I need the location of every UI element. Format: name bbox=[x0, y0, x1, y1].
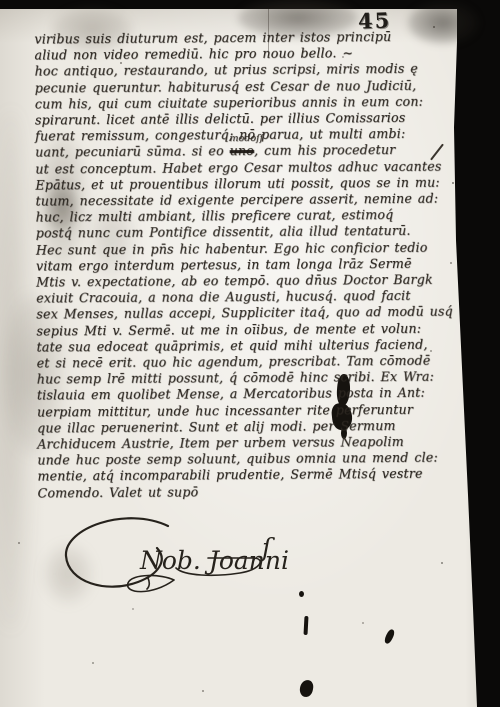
text-after-correction: , cum his procedetur bbox=[254, 142, 396, 158]
text-before-correction: uant, pecuniarū sūma. si eo bbox=[35, 144, 230, 160]
text-line: Comendo. Valet ut supō bbox=[38, 482, 464, 501]
correction-wrap: unomodoſſ bbox=[230, 143, 255, 158]
interlinear-correction: modoſſ bbox=[230, 134, 264, 143]
dust-specks bbox=[0, 0, 2, 2]
text-line: uerpiam mittitur, unde huc incessanter r… bbox=[37, 401, 463, 420]
manuscript-text-block: viribus suis diuturum est, pacem inter i… bbox=[34, 29, 463, 502]
text-line: tuum, necessitate id exigente percipere … bbox=[35, 191, 461, 210]
scan-edge-top bbox=[0, 0, 500, 9]
struck-out-word: uno bbox=[230, 143, 255, 158]
signature-block: Nob. Joanni ſ bbox=[56, 514, 301, 619]
scanned-manuscript-page: 45 viribus suis diuturum est, pacem inte… bbox=[0, 0, 500, 707]
text-line: mentie, atq́ incomparabili prudentie, Se… bbox=[37, 466, 463, 485]
